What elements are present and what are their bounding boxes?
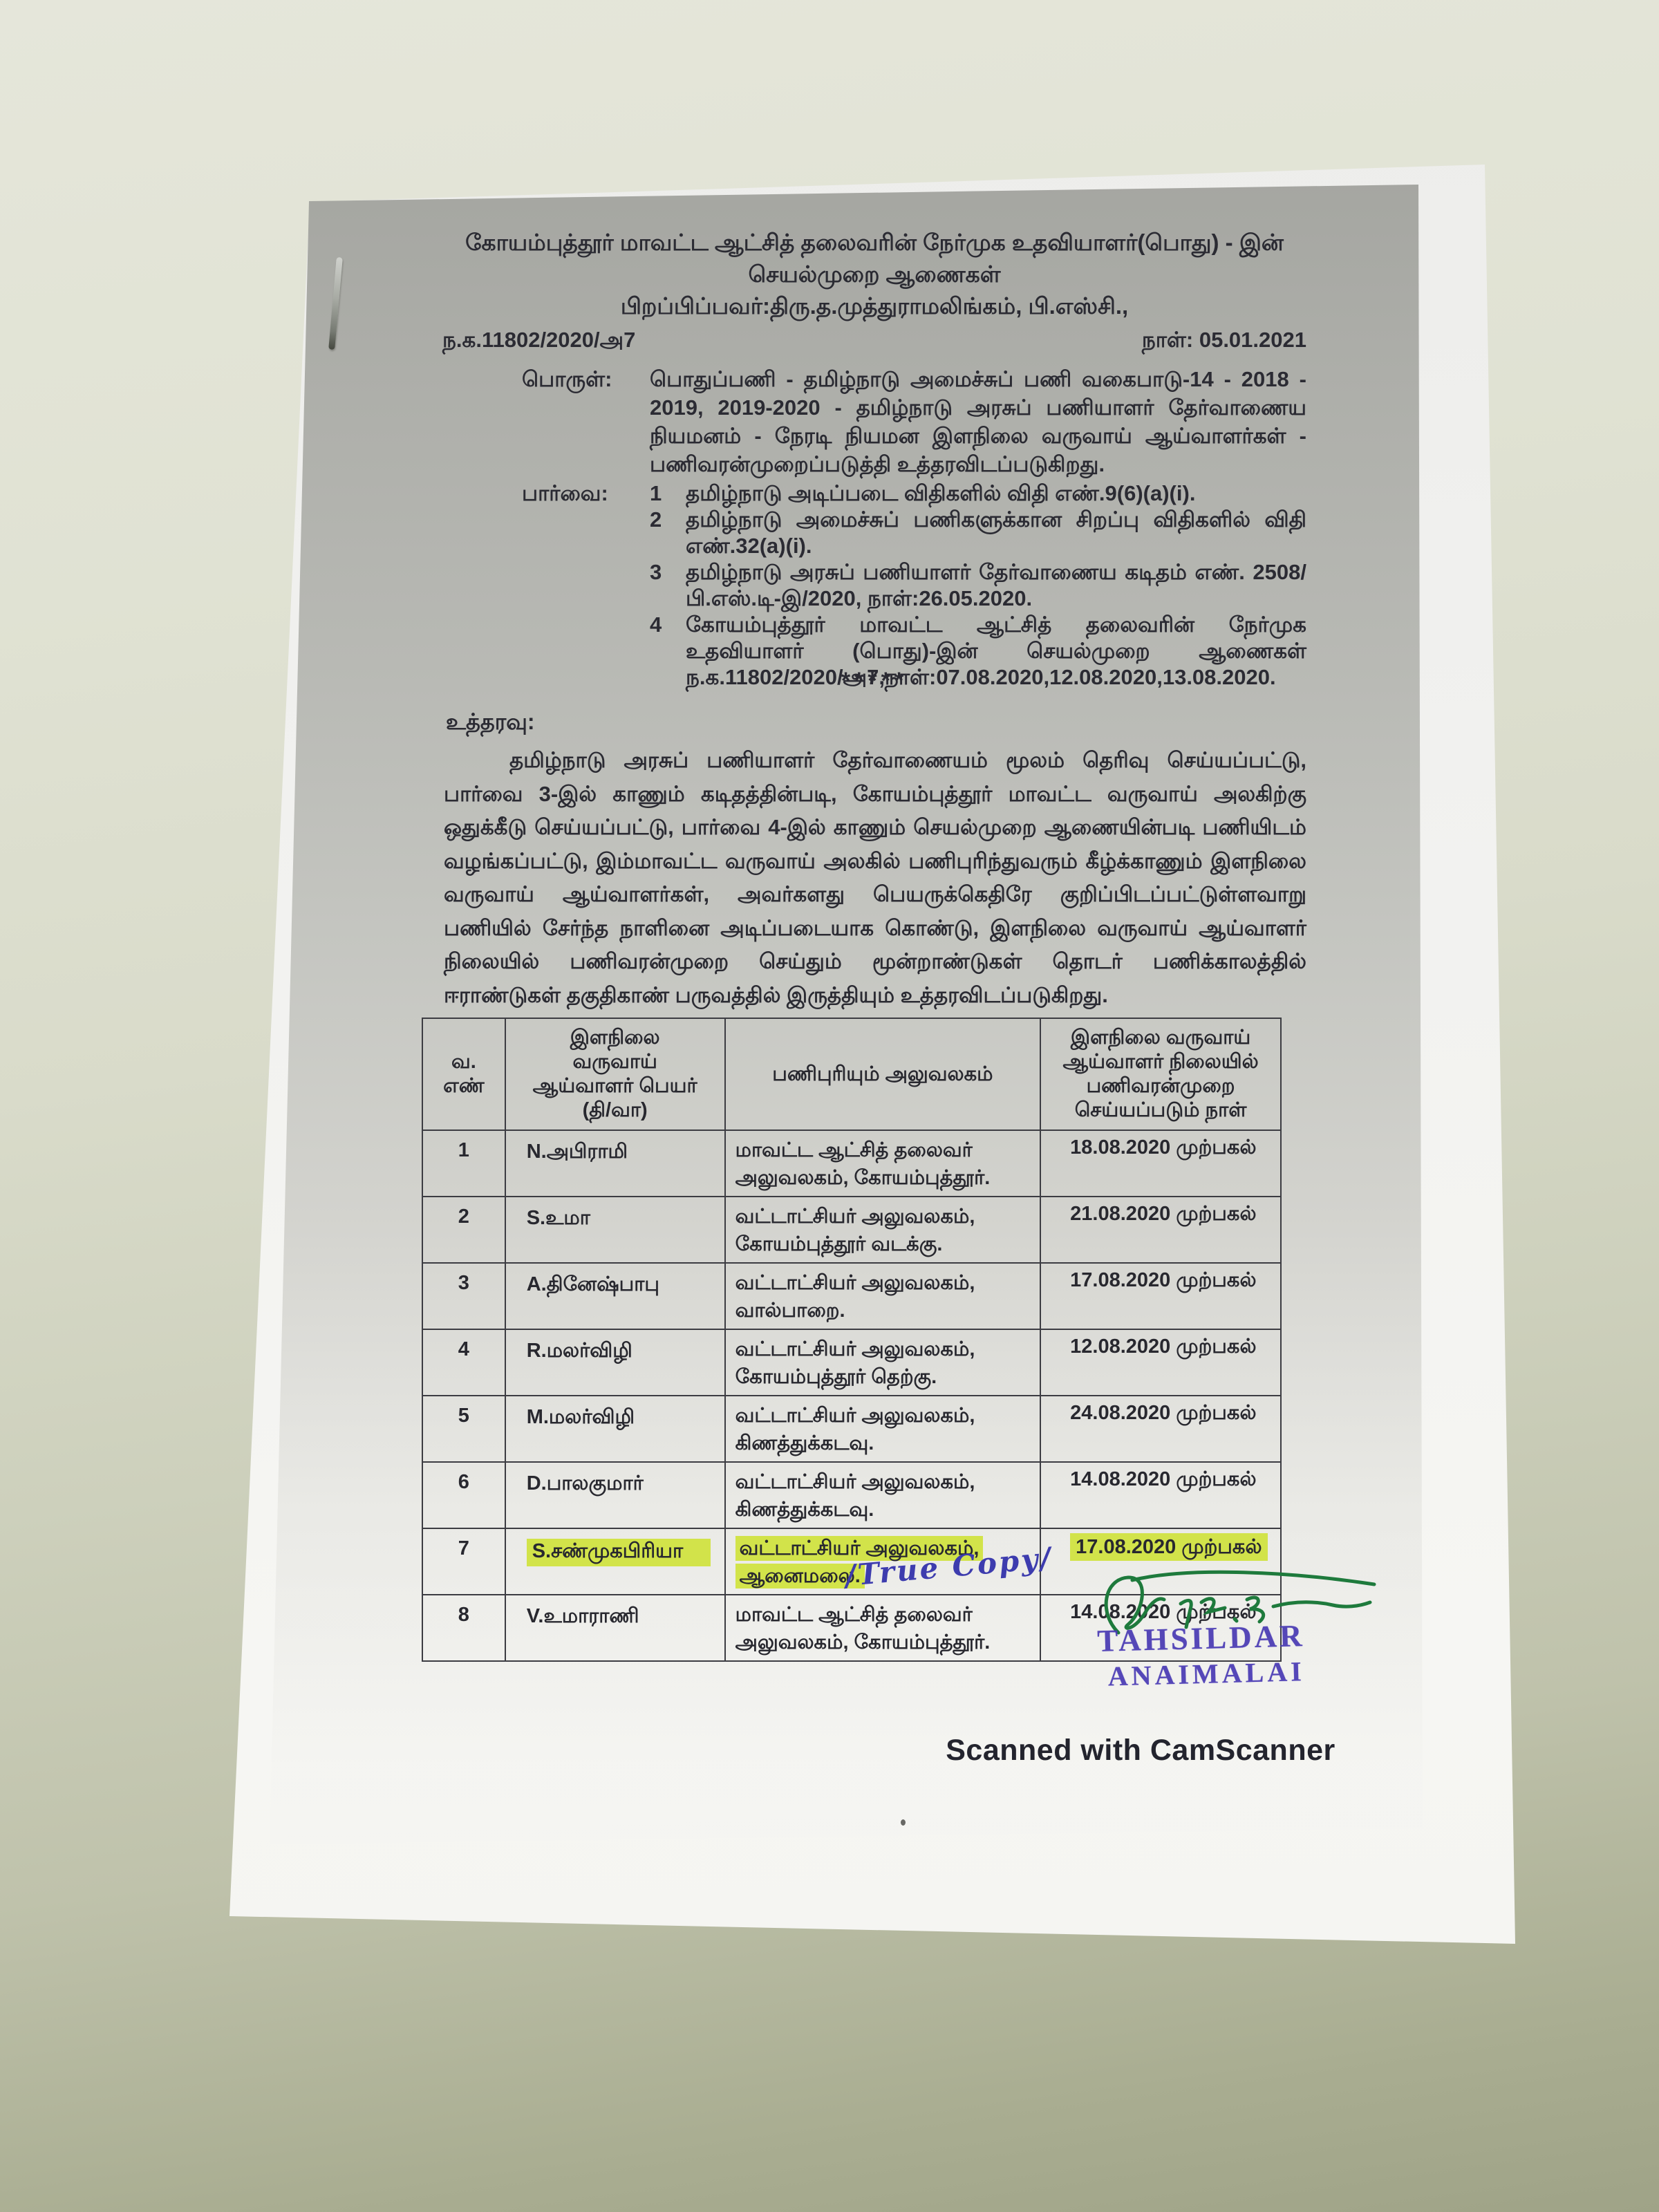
serial-cell: 5: [422, 1396, 505, 1462]
serial-cell: 7: [422, 1528, 505, 1595]
table-row: 3 A.தினேஷ்பாபு வட்டாட்சியர் அலுவலகம், வா…: [422, 1263, 1281, 1329]
table-row: 5 M.மலர்விழி வட்டாட்சியர் அலுவலகம், கிணத…: [422, 1396, 1281, 1462]
serial-cell: 3: [422, 1263, 505, 1329]
reference-number: 2: [650, 507, 686, 559]
reference-text: தமிழ்நாடு அமைச்சுப் பணிகளுக்கான சிறப்பு …: [686, 507, 1306, 559]
date-cell: 17.08.2020 முற்பகல்: [1040, 1263, 1281, 1329]
order-paragraph: தமிழ்நாடு அரசுப் பணியாளர் தேர்வாணையம் மூ…: [444, 744, 1306, 1012]
reference-item: 3 தமிழ்நாடு அரசுப் பணியாளர் தேர்வாணைய கட…: [650, 559, 1306, 612]
name-cell: N.அபிராமி: [505, 1130, 725, 1197]
asterisk-separator: *****: [442, 668, 1306, 695]
references-section: பார்வை: 1 தமிழ்நாடு அடிப்படை விதிகளில் வ…: [442, 480, 1306, 691]
subject-text: பொதுப்பணி - தமிழ்நாடு அமைச்சுப் பணி வகைப…: [650, 365, 1306, 478]
serial-cell: 1: [422, 1130, 505, 1197]
name-cell: S.உமா: [505, 1197, 725, 1263]
table-row: 6 D.பாலகுமார் வட்டாட்சியர் அலுவலகம், கிண…: [422, 1462, 1281, 1528]
document-title-line1: கோயம்புத்தூர் மாவட்ட ஆட்சித் தலைவரின் நே…: [442, 227, 1306, 259]
name-cell: R.மலர்விழி: [505, 1329, 725, 1396]
reference-number-row: ந.க.11802/2020/அ7 நாள்: 05.01.2021: [442, 328, 1306, 355]
document-date: நாள்: 05.01.2021: [1142, 328, 1306, 355]
office-cell: மாவட்ட ஆட்சித் தலைவர் அலுவலகம், கோயம்புத…: [725, 1595, 1041, 1661]
office-cell: வட்டாட்சியர் அலுவலகம், கோயம்புத்தூர் தெற…: [725, 1329, 1041, 1396]
issued-by-line: பிறப்பிப்பவர்:திரு.த.முத்துராமலிங்கம், ப…: [442, 290, 1306, 322]
file-ref-number: ந.க.11802/2020/அ7: [442, 328, 635, 355]
table-row: 1 N.அபிராமி மாவட்ட ஆட்சித் தலைவர் அலுவலக…: [422, 1130, 1281, 1197]
date-cell: 21.08.2020 முற்பகல்: [1040, 1197, 1281, 1263]
name-cell: A.தினேஷ்பாபு: [505, 1263, 725, 1329]
document-header: கோயம்புத்தூர் மாவட்ட ஆட்சித் தலைவரின் நே…: [442, 227, 1306, 322]
office-cell: வட்டாட்சியர் அலுவலகம், கோயம்புத்தூர் வடக…: [725, 1197, 1041, 1263]
reference-item: 2 தமிழ்நாடு அமைச்சுப் பணிகளுக்கான சிறப்ப…: [650, 507, 1306, 559]
reference-number: 3: [650, 559, 686, 612]
stamp-location: ANAIMALAI: [1107, 1655, 1306, 1692]
date-cell: 24.08.2020 முற்பகல்: [1040, 1396, 1281, 1462]
date-cell: 18.08.2020 முற்பகல்: [1040, 1130, 1281, 1197]
serial-cell: 8: [422, 1595, 505, 1661]
subject-label: பொருள்:: [442, 365, 650, 478]
serial-cell: 2: [422, 1197, 505, 1263]
reference-number: 1: [650, 480, 686, 507]
stamp-title: TAHSILDAR: [1097, 1618, 1305, 1659]
tahsildar-stamp: TAHSILDAR ANAIMALAI: [1097, 1618, 1306, 1693]
date-cell: 12.08.2020 முற்பகல்: [1040, 1329, 1281, 1396]
desk-surface: கோயம்புத்தூர் மாவட்ட ஆட்சித் தலைவரின் நே…: [0, 0, 1659, 2212]
references-label: பார்வை:: [442, 480, 650, 691]
name-cell: D.பாலகுமார்: [505, 1462, 725, 1528]
reference-text: தமிழ்நாடு அரசுப் பணியாளர் தேர்வாணைய கடித…: [686, 559, 1306, 612]
serial-cell: 4: [422, 1329, 505, 1396]
column-header-serial: வ. எண்: [422, 1018, 505, 1130]
date-cell: 14.08.2020 முற்பகல்: [1040, 1462, 1281, 1528]
subject-section: பொருள்: பொதுப்பணி - தமிழ்நாடு அமைச்சுப் …: [442, 365, 1306, 478]
references-list: 1 தமிழ்நாடு அடிப்படை விதிகளில் விதி எண்.…: [650, 480, 1306, 691]
office-cell: வட்டாட்சியர் அலுவலகம், கிணத்துக்கடவு.: [725, 1396, 1041, 1462]
name-cell: S.சண்முகபிரியா: [505, 1528, 725, 1595]
column-header-date: இளநிலை வருவாய் ஆய்வாளர் நிலையில் பணிவரன்…: [1040, 1018, 1281, 1130]
order-label: உத்தரவு:: [446, 709, 535, 738]
serial-cell: 6: [422, 1462, 505, 1528]
name-cell: V.உமாராணி: [505, 1595, 725, 1661]
column-header-office: பணிபுரியும் அலுவலகம்: [725, 1018, 1041, 1130]
ink-speck: [901, 1819, 906, 1826]
table-header-row: வ. எண் இளநிலை வருவாய் ஆய்வாளர் பெயர் (தி…: [422, 1018, 1281, 1130]
office-cell: வட்டாட்சியர் அலுவலகம், கிணத்துக்கடவு.: [725, 1462, 1041, 1528]
office-cell: மாவட்ட ஆட்சித் தலைவர் அலுவலகம், கோயம்புத…: [725, 1130, 1041, 1197]
document-title-line2: செயல்முறை ஆணைகள்: [442, 259, 1306, 290]
reference-item: 1 தமிழ்நாடு அடிப்படை விதிகளில் விதி எண்.…: [650, 480, 1306, 507]
reference-text: தமிழ்நாடு அடிப்படை விதிகளில் விதி எண்.9(…: [686, 480, 1306, 507]
office-cell: வட்டாட்சியர் அலுவலகம், வால்பாறை.: [725, 1263, 1041, 1329]
column-header-name: இளநிலை வருவாய் ஆய்வாளர் பெயர் (தி/வா): [505, 1018, 725, 1130]
table-row: 2 S.உமா வட்டாட்சியர் அலுவலகம், கோயம்புத்…: [422, 1197, 1281, 1263]
camscanner-watermark: Scanned with CamScanner: [926, 1734, 1355, 1768]
name-cell: M.மலர்விழி: [505, 1396, 725, 1462]
table-row: 4 R.மலர்விழி வட்டாட்சியர் அலுவலகம், கோயம…: [422, 1329, 1281, 1396]
